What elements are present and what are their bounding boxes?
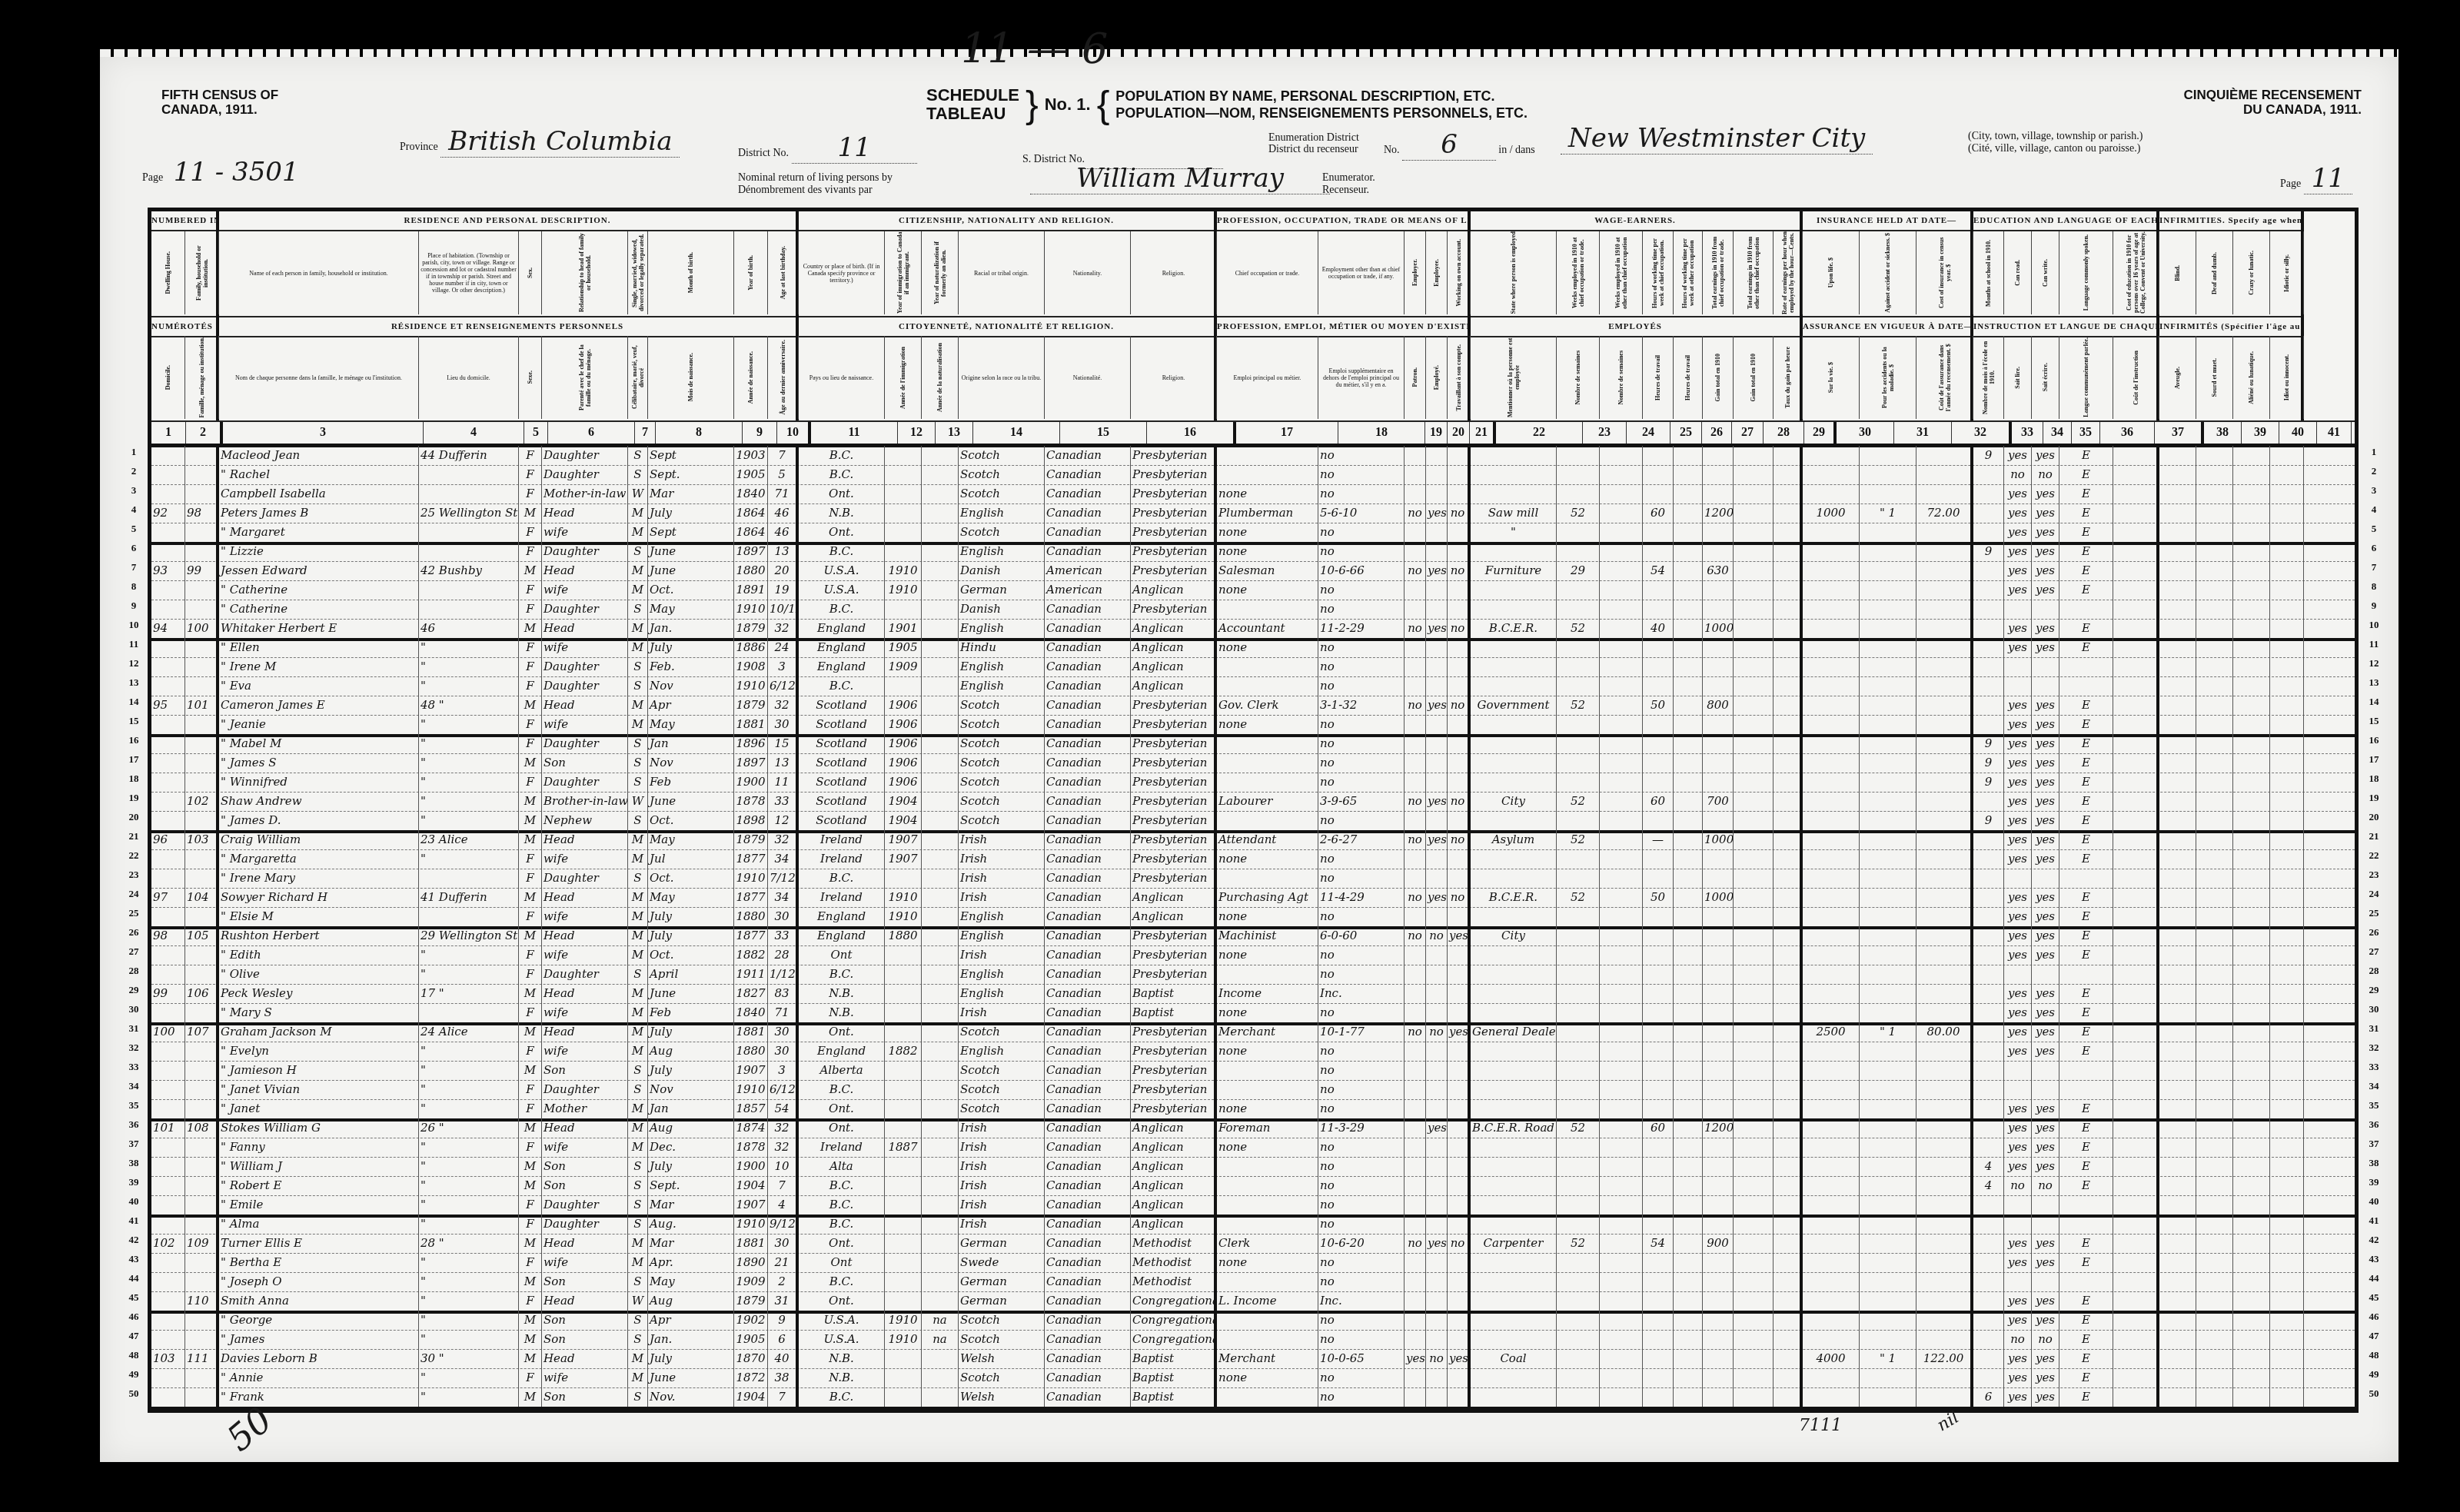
cell-col-39 <box>2196 1022 2233 1042</box>
cell-col-16: Congregational <box>1131 1311 1217 1330</box>
cell-col-21 <box>1448 849 1471 869</box>
cell-col-32 <box>1916 811 1973 830</box>
column-header-text: Year of immigration to Canada if an immi… <box>896 231 910 314</box>
cell-col-6: wife <box>542 580 628 600</box>
cell-col-8: Oct. <box>648 945 734 965</box>
cell-col-16: Methodist <box>1131 1253 1217 1272</box>
table-row: 12" Irene M"FDaughterSFeb.19083England19… <box>151 657 2355 677</box>
cell-col-36: E <box>2059 849 2113 869</box>
cell-col-36: E <box>2059 1176 2113 1195</box>
cell-col-35: yes <box>2032 773 2059 792</box>
cell-col-18: no <box>1318 1368 1405 1387</box>
census-title-fr: CINQUIÈME RECENSEMENT DU CANADA, 1911. <box>2184 88 2362 117</box>
cell-col-19 <box>1405 1138 1426 1157</box>
cell-col-5: M <box>519 811 542 830</box>
cell-col-24 <box>1600 1349 1643 1368</box>
cell-col-37 <box>2113 1118 2159 1138</box>
place-hint: (City, town, village, township or parish… <box>1968 131 2143 155</box>
cell-col-40 <box>2233 1118 2270 1138</box>
cell-col-19: no <box>1405 792 1426 811</box>
cell-col-4: 26 " <box>419 1118 519 1138</box>
cell-col-21 <box>1448 1080 1471 1099</box>
cell-col-17: none <box>1217 1099 1318 1118</box>
cell-col-2 <box>185 869 219 888</box>
cell-col-13 <box>922 638 959 657</box>
cell-col-13 <box>922 1176 959 1195</box>
cell-col-30 <box>1803 965 1860 984</box>
cell-col-36 <box>2059 1215 2113 1234</box>
cell-col-31 <box>1860 715 1916 734</box>
cell-col-17: none <box>1217 1253 1318 1272</box>
line-number-left: 29 <box>122 984 145 996</box>
cell-col-34: yes <box>2004 849 2032 869</box>
cell-col-25: 60 <box>1643 792 1674 811</box>
cell-col-29 <box>1774 1291 1803 1311</box>
cell-col-34 <box>2004 1195 2032 1215</box>
cell-col-23 <box>1557 1253 1600 1272</box>
cell-col-23: 52 <box>1557 1118 1600 1138</box>
cell-col-9: 1881 <box>734 1022 768 1042</box>
cell-col-20 <box>1426 446 1448 465</box>
cell-col-32 <box>1916 1215 1973 1234</box>
cell-col-35: yes <box>2032 484 2059 503</box>
column-header-text: Travaillant à son compte. <box>1455 344 1462 411</box>
cell-col-23 <box>1557 676 1600 696</box>
cell-col-37 <box>2113 1272 2159 1291</box>
cell-col-10: 1/12 <box>768 965 799 984</box>
column-header-fr: Sur la vie. $ <box>1803 336 1860 419</box>
cell-col-29 <box>1774 484 1803 503</box>
cell-col-39 <box>2196 830 2233 849</box>
cell-col-39 <box>2196 1099 2233 1118</box>
cell-col-34: yes <box>2004 753 2032 773</box>
cell-col-10: 9 <box>768 1311 799 1330</box>
cell-col-39 <box>2196 965 2233 984</box>
cell-col-33 <box>1973 1253 2004 1272</box>
column-header-text: Religion. <box>1162 270 1185 277</box>
cell-col-15: Canadian <box>1045 811 1131 830</box>
cell-col-33 <box>1973 792 2004 811</box>
column-header-fr: Domicile. <box>151 336 185 419</box>
cell-col-15: Canadian <box>1045 503 1131 523</box>
table-row: 46" George"MSonSApr19029U.S.A.1910naScot… <box>151 1311 2355 1331</box>
column-header-text: Year of naturalization if formerly an al… <box>933 231 947 314</box>
cell-col-33 <box>1973 849 2004 869</box>
cell-col-41 <box>2270 1157 2304 1176</box>
cell-col-9: 1878 <box>734 792 768 811</box>
cell-col-38 <box>2159 638 2196 657</box>
cell-col-20 <box>1426 869 1448 888</box>
cell-col-26 <box>1674 1387 1703 1407</box>
group-title-fr: CITOYENNETÉ, NATIONALITÉ ET RELIGION. <box>799 316 1214 337</box>
cell-col-37 <box>2113 1253 2159 1272</box>
cell-col-18: 10-1-77 <box>1318 1022 1405 1042</box>
column-header-en: Can read. <box>2004 231 2032 314</box>
cell-col-29 <box>1774 1272 1803 1291</box>
cell-col-20: yes <box>1426 1118 1448 1138</box>
cell-col-3: " Annie <box>219 1368 419 1387</box>
cell-col-17: none <box>1217 638 1318 657</box>
column-number: 25 <box>1670 422 1702 444</box>
cell-col-12: 1904 <box>885 811 922 830</box>
cell-col-28 <box>1734 734 1774 753</box>
cell-col-31 <box>1860 1234 1916 1253</box>
cell-col-24 <box>1600 1042 1643 1061</box>
cell-col-13 <box>922 465 959 484</box>
cell-col-28 <box>1734 484 1774 503</box>
cell-col-33: 9 <box>1973 542 2004 561</box>
column-header-fr: Mentionner où la personne est employée <box>1471 336 1557 419</box>
cell-col-2 <box>185 1215 219 1234</box>
top-handwritten-note: 11 — 6 <box>961 25 1108 73</box>
cell-col-30 <box>1803 676 1860 696</box>
cell-col-18: Inc. <box>1318 984 1405 1003</box>
cell-col-26 <box>1674 523 1703 542</box>
column-header-text: Employee. <box>1433 259 1440 287</box>
cell-col-6: Head <box>542 561 628 580</box>
cell-col-28 <box>1734 1330 1774 1349</box>
cell-col-34: yes <box>2004 484 2032 503</box>
cell-col-20 <box>1426 523 1448 542</box>
cell-col-2: 102 <box>185 792 219 811</box>
cell-col-12: 1905 <box>885 638 922 657</box>
cell-col-24 <box>1600 696 1643 715</box>
column-header-fr: Nombre de mois à l'école en 1910. <box>1973 336 2004 419</box>
column-number: 17 <box>1236 422 1338 444</box>
cell-col-19: no <box>1405 503 1426 523</box>
cell-col-1 <box>151 945 185 965</box>
cell-col-32 <box>1916 869 1973 888</box>
cell-col-3: Craig William <box>219 830 419 849</box>
cell-col-33 <box>1973 830 2004 849</box>
column-header-text: Place of habitation. (Township or parish… <box>421 252 517 294</box>
cell-col-2 <box>185 1099 219 1118</box>
cell-col-5: M <box>519 753 542 773</box>
cell-col-22 <box>1471 1003 1557 1022</box>
cell-col-16: Presbyterian <box>1131 1022 1217 1042</box>
cell-col-9: 1879 <box>734 619 768 638</box>
table-row: 33" Jamieson H"MSonSJuly19073AlbertaScot… <box>151 1061 2355 1081</box>
cell-col-1 <box>151 849 185 869</box>
cell-col-28 <box>1734 600 1774 619</box>
cell-col-13 <box>922 696 959 715</box>
cell-col-32 <box>1916 619 1973 638</box>
cell-col-22 <box>1471 734 1557 753</box>
cell-col-6: wife <box>542 638 628 657</box>
line-number-left: 13 <box>122 676 145 689</box>
cell-col-9: 1877 <box>734 888 768 907</box>
line-number-left: 24 <box>122 888 145 900</box>
cell-col-8: July <box>648 638 734 657</box>
cell-col-18: no <box>1318 1099 1405 1118</box>
column-header-text: Family, household or institution. <box>195 231 209 314</box>
line-number-left: 28 <box>122 965 145 977</box>
line-number-left: 26 <box>122 926 145 939</box>
enumerator-label-en: Enumerator. <box>1322 172 1375 184</box>
cell-col-38 <box>2159 542 2196 561</box>
cell-col-28 <box>1734 1099 1774 1118</box>
cell-col-31 <box>1860 1061 1916 1080</box>
cell-col-30 <box>1803 869 1860 888</box>
cell-col-9: 1908 <box>734 657 768 676</box>
cell-col-15: Canadian <box>1045 657 1131 676</box>
cell-col-36 <box>2059 1195 2113 1215</box>
line-number-right: 24 <box>2362 888 2385 900</box>
cell-col-32 <box>1916 561 1973 580</box>
cell-col-4: " <box>419 638 519 657</box>
column-header-text: Hours of working time per week at other … <box>1681 231 1695 314</box>
cell-col-9: 1911 <box>734 965 768 984</box>
cell-col-15: Canadian <box>1045 1368 1131 1387</box>
cell-col-36: E <box>2059 734 2113 753</box>
cell-col-6: Son <box>542 1330 628 1349</box>
cell-col-18: no <box>1318 638 1405 657</box>
cell-col-15: Canadian <box>1045 1003 1131 1022</box>
group-title-fr: INSTRUCTION ET LANGUE DE CHAQUE PERSONNE… <box>1973 316 2156 337</box>
cell-col-17: L. Income <box>1217 1291 1318 1311</box>
column-header-en: Working on own account. <box>1448 231 1471 314</box>
column-header-en: Deaf and dumb. <box>2196 231 2233 314</box>
cell-col-29 <box>1774 753 1803 773</box>
cell-col-15: Canadian <box>1045 1253 1131 1272</box>
cell-col-6: Daughter <box>542 542 628 561</box>
cell-col-5: M <box>519 830 542 849</box>
census-title-fr-line2: DU CANADA, 1911. <box>2184 102 2362 117</box>
cell-col-11: B.C. <box>799 1080 885 1099</box>
cell-col-37 <box>2113 1349 2159 1368</box>
cell-col-10: 46 <box>768 523 799 542</box>
cell-col-23 <box>1557 657 1600 676</box>
cell-col-10: 19 <box>768 580 799 600</box>
cell-col-3: " Jamieson H <box>219 1061 419 1080</box>
cell-col-4: " <box>419 773 519 792</box>
cell-col-35: yes <box>2032 1387 2059 1407</box>
cell-col-30 <box>1803 792 1860 811</box>
cell-col-1 <box>151 657 185 676</box>
cell-col-7: W <box>628 792 648 811</box>
cell-col-9: 1879 <box>734 1291 768 1311</box>
column-header-fr: Sourd et muet. <box>2196 336 2233 419</box>
cell-col-36: E <box>2059 696 2113 715</box>
cell-col-36: E <box>2059 907 2113 926</box>
cell-col-31 <box>1860 1003 1916 1022</box>
cell-col-23 <box>1557 907 1600 926</box>
cell-col-26 <box>1674 753 1703 773</box>
column-number: 32 <box>1952 422 2012 444</box>
cell-col-10: 83 <box>768 984 799 1003</box>
cell-col-8: Mar <box>648 1234 734 1253</box>
cell-col-26 <box>1674 888 1703 907</box>
cell-col-17 <box>1217 1330 1318 1349</box>
line-number-right: 37 <box>2362 1138 2385 1150</box>
cell-col-36: E <box>2059 1099 2113 1118</box>
cell-col-8: Sept. <box>648 1176 734 1195</box>
cell-col-33 <box>1973 715 2004 734</box>
cell-col-8: Nov. <box>648 1387 734 1407</box>
cell-col-6: Daughter <box>542 446 628 465</box>
cell-col-23 <box>1557 1330 1600 1349</box>
cell-col-27 <box>1703 753 1734 773</box>
cell-col-15: Canadian <box>1045 1099 1131 1118</box>
cell-col-20 <box>1426 1003 1448 1022</box>
cell-col-38 <box>2159 1003 2196 1022</box>
cell-col-23 <box>1557 523 1600 542</box>
cell-col-8: Oct. <box>648 811 734 830</box>
cell-col-11: Ont. <box>799 1022 885 1042</box>
cell-col-21: no <box>1448 619 1471 638</box>
cell-col-14: Scotch <box>959 715 1045 734</box>
cell-col-14: Irish <box>959 1176 1045 1195</box>
cell-col-3: " Evelyn <box>219 1042 419 1061</box>
cell-col-31 <box>1860 1311 1916 1330</box>
cell-col-8: Jan. <box>648 1330 734 1349</box>
cell-col-30 <box>1803 1176 1860 1195</box>
line-number-left: 34 <box>122 1080 145 1092</box>
cell-col-33 <box>1973 965 2004 984</box>
column-group: EDUCATION AND LANGUAGE OF EACH PERSON FI… <box>1973 211 2159 420</box>
line-number-right: 25 <box>2362 907 2385 919</box>
cell-col-13 <box>922 965 959 984</box>
cell-col-17: Merchant <box>1217 1022 1318 1042</box>
cell-col-11: B.C. <box>799 465 885 484</box>
cell-col-31 <box>1860 1157 1916 1176</box>
cell-col-4: " <box>419 1330 519 1349</box>
cell-col-21 <box>1448 1118 1471 1138</box>
cell-col-22: Asylum <box>1471 830 1557 849</box>
cell-col-17: none <box>1217 1368 1318 1387</box>
column-header-text: Gain total en 1910 <box>1714 354 1721 401</box>
cell-col-31 <box>1860 1138 1916 1157</box>
cell-col-9: 1903 <box>734 446 768 465</box>
line-number-left: 37 <box>122 1138 145 1150</box>
cell-col-23 <box>1557 484 1600 503</box>
column-header-en: Can write. <box>2032 231 2059 314</box>
cell-col-20: no <box>1426 1349 1448 1368</box>
cell-col-8: July <box>648 907 734 926</box>
cell-col-14: Irish <box>959 945 1045 965</box>
table-row: 39" Robert E"MSonSSept.19047B.C.IrishCan… <box>151 1176 2355 1196</box>
cell-col-23 <box>1557 1368 1600 1387</box>
cell-col-39 <box>2196 580 2233 600</box>
cell-col-3: " Eva <box>219 676 419 696</box>
cell-col-12: 1906 <box>885 696 922 715</box>
cell-col-35: yes <box>2032 945 2059 965</box>
cell-col-34: yes <box>2004 542 2032 561</box>
cell-col-31 <box>1860 542 1916 561</box>
cell-col-11: Ont. <box>799 1234 885 1253</box>
line-number-right: 20 <box>2362 811 2385 823</box>
cell-col-26 <box>1674 849 1703 869</box>
cell-col-26 <box>1674 1099 1703 1118</box>
cell-col-14: Scotch <box>959 1080 1045 1099</box>
cell-col-19 <box>1405 1253 1426 1272</box>
table-row: 2497104Sowyer Richard H41 DufferinMHeadM… <box>151 888 2355 908</box>
cell-col-24 <box>1600 888 1643 907</box>
cell-col-30 <box>1803 734 1860 753</box>
cell-col-1 <box>151 676 185 696</box>
cell-col-17 <box>1217 446 1318 465</box>
cell-col-5: M <box>519 1311 542 1330</box>
cell-col-39 <box>2196 1138 2233 1157</box>
cell-col-41 <box>2270 1003 2304 1022</box>
cell-col-8: Aug <box>648 1291 734 1311</box>
cell-col-23 <box>1557 1157 1600 1176</box>
column-header-fr: Heures de travail <box>1643 336 1674 419</box>
cell-col-17: Foreman <box>1217 1118 1318 1138</box>
cell-col-29 <box>1774 869 1803 888</box>
column-number: 40 <box>2279 422 2317 444</box>
cell-col-12 <box>885 1387 922 1407</box>
cell-col-17 <box>1217 1176 1318 1195</box>
line-number-left: 11 <box>122 638 145 650</box>
cell-col-23 <box>1557 600 1600 619</box>
cell-col-27 <box>1703 984 1734 1003</box>
cell-col-24 <box>1600 1272 1643 1291</box>
cell-col-27 <box>1703 484 1734 503</box>
cell-col-24 <box>1600 926 1643 945</box>
cell-col-15: Canadian <box>1045 523 1131 542</box>
cell-col-32 <box>1916 1118 1973 1138</box>
column-header-en: Year of immigration to Canada if an immi… <box>885 231 922 314</box>
cell-col-37 <box>2113 1042 2159 1061</box>
cell-col-14: Scotch <box>959 811 1045 830</box>
cell-col-26 <box>1674 696 1703 715</box>
column-number: 33 <box>2012 422 2043 444</box>
cell-col-8: July <box>648 1349 734 1368</box>
cell-col-24 <box>1600 676 1643 696</box>
cell-col-38 <box>2159 600 2196 619</box>
cell-col-2: 108 <box>185 1118 219 1138</box>
cell-col-18: no <box>1318 1061 1405 1080</box>
cell-col-27 <box>1703 734 1734 753</box>
cell-col-28 <box>1734 503 1774 523</box>
cell-col-40 <box>2233 773 2270 792</box>
cell-col-23 <box>1557 580 1600 600</box>
cell-col-23 <box>1557 465 1600 484</box>
cell-col-29 <box>1774 1311 1803 1330</box>
cell-col-37 <box>2113 465 2159 484</box>
line-number-left: 32 <box>122 1042 145 1054</box>
cell-col-2 <box>185 1080 219 1099</box>
cell-col-11: Scotland <box>799 734 885 753</box>
line-number-right: 34 <box>2362 1080 2385 1092</box>
cell-col-7: M <box>628 619 648 638</box>
cell-col-15: Canadian <box>1045 1061 1131 1080</box>
cell-col-15: Canadian <box>1045 849 1131 869</box>
line-number-left: 39 <box>122 1176 145 1188</box>
cell-col-12: 1907 <box>885 849 922 869</box>
cell-col-25 <box>1643 484 1674 503</box>
cell-col-32 <box>1916 1080 1973 1099</box>
cell-col-41 <box>2270 1195 2304 1215</box>
cell-col-12 <box>885 1291 922 1311</box>
cell-col-6: Daughter <box>542 676 628 696</box>
cell-col-19 <box>1405 1042 1426 1061</box>
cell-col-8: Feb <box>648 773 734 792</box>
cell-col-28 <box>1734 1003 1774 1022</box>
cell-col-6: Daughter <box>542 600 628 619</box>
cell-col-30 <box>1803 888 1860 907</box>
cell-col-4: " <box>419 1291 519 1311</box>
cell-col-20 <box>1426 1061 1448 1080</box>
cell-col-14: Scotch <box>959 753 1045 773</box>
cell-col-19 <box>1405 1311 1426 1330</box>
cell-col-4: " <box>419 1176 519 1195</box>
column-group: PROFESSION, OCCUPATION, TRADE OR MEANS O… <box>1217 211 1471 420</box>
cell-col-35 <box>2032 1195 2059 1215</box>
cell-col-40 <box>2233 484 2270 503</box>
cell-col-21 <box>1448 965 1471 984</box>
